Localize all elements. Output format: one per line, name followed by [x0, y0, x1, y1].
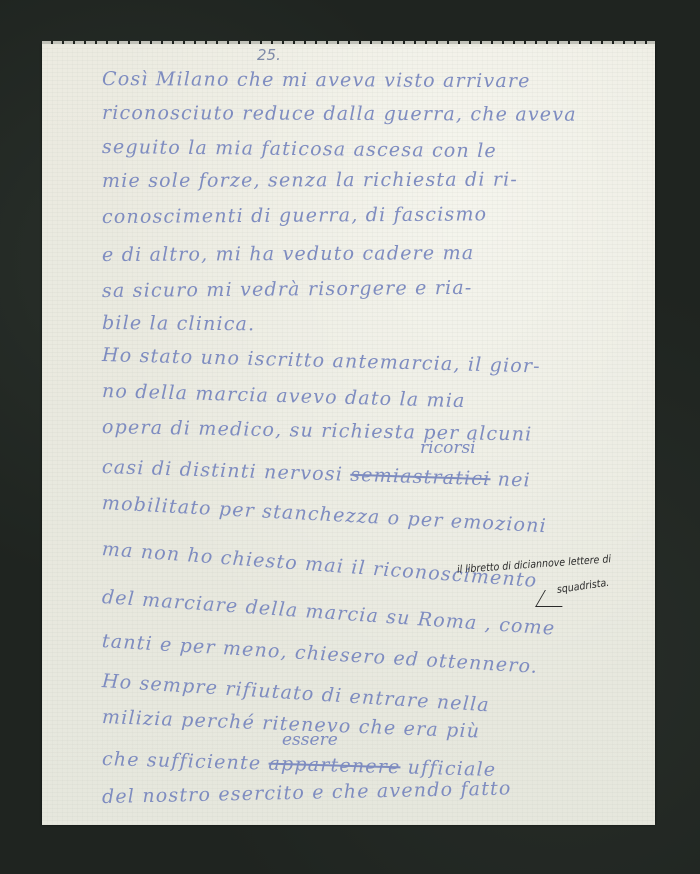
- line-text-after: , come: [484, 613, 556, 640]
- line-text: che sufficiente: [102, 748, 262, 774]
- line-text: del marciare della marcia su Roma: [101, 586, 478, 634]
- manuscript-line-12: casi di distinti nervosi semiastratici n…: [102, 456, 532, 491]
- torn-edge: [42, 41, 655, 47]
- manuscript-line-9: Ho stato uno iscritto antemarcia, il gio…: [102, 344, 541, 377]
- manuscript-page: 25. Così Milano che mi aveva visto arriv…: [42, 44, 655, 825]
- page-number: 25.: [257, 46, 281, 64]
- manuscript-line-5: conoscimenti di guerra, di fascismo: [102, 203, 487, 228]
- manuscript-line-6: e di altro, mi ha veduto cadere ma: [102, 242, 474, 266]
- manuscript-line-15: del marciare della marcia su Roma , come: [101, 586, 556, 640]
- struck-word: semiastratici: [350, 464, 491, 490]
- manuscript-line-10: no della marcia avevo dato la mia: [102, 380, 466, 412]
- insertion-above-line-19: essere: [282, 730, 338, 750]
- manuscript-line-20: del nostro esercito e che avendo fatto: [102, 777, 512, 808]
- manuscript-line-2: riconosciuto reduce dalla guerra, che av…: [102, 102, 577, 126]
- manuscript-line-4: mie sole forze, senza la richiesta di ri…: [102, 169, 518, 192]
- insertion-caret-icon: [535, 590, 572, 607]
- manuscript-line-8: bile la clinica.: [102, 312, 256, 335]
- line-text: casi di distinti nervosi: [102, 456, 344, 486]
- insertion-above-line-12: ricorsi: [420, 438, 476, 458]
- manuscript-line-7: sa sicuro mi vedrà risorgere e ria-: [102, 277, 473, 302]
- manuscript-line-19: che sufficiente appartenere ufficiale: [102, 748, 497, 781]
- manuscript-line-16: tanti e per meno, chiesero ed ottennero.: [101, 630, 538, 678]
- manuscript-line-1: Così Milano che mi aveva visto arrivare: [102, 68, 531, 92]
- manuscript-line-3: seguito la mia faticosa ascesa con le: [102, 136, 497, 162]
- line-text-after: nei: [497, 468, 531, 491]
- manuscript-line-13: mobilitato per stanchezza o per emozioni: [101, 492, 547, 537]
- struck-word: appartenere: [268, 753, 401, 779]
